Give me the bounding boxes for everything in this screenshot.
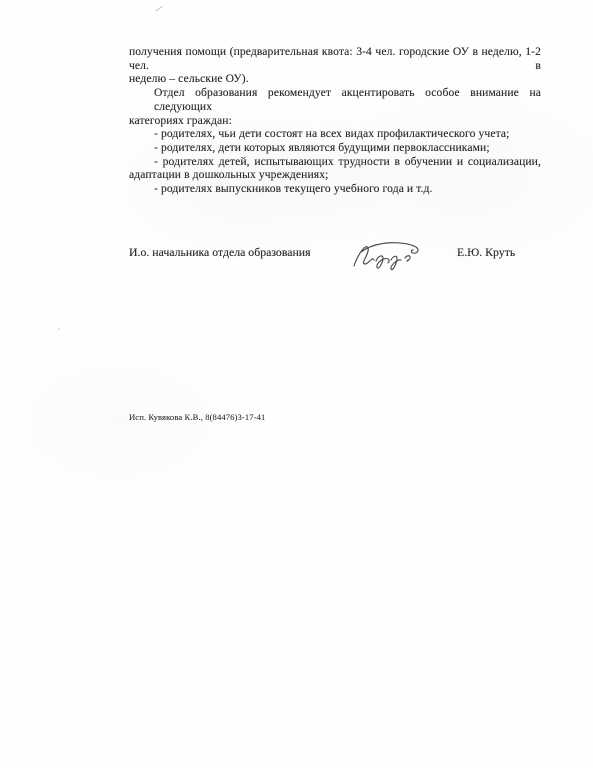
scanned-document-page: получения помощи (предварительная квота:… xyxy=(0,0,593,768)
scan-artifact-dot xyxy=(58,328,60,330)
body-line: категориях граждан: xyxy=(129,114,541,128)
scan-artifact-mark xyxy=(155,6,163,12)
body-line: Отдел образования рекомендует акцентиров… xyxy=(129,86,541,113)
body-line: неделю – сельские ОУ). xyxy=(129,72,541,86)
document-body-text: получения помощи (предварительная квота:… xyxy=(129,45,541,196)
scan-artifact-dot xyxy=(470,452,471,453)
body-line-bullet: - родителях, дети которых являются будущ… xyxy=(129,141,541,155)
executor-note: Исп. Кувякова К.В., 8(84476)3-17-41 xyxy=(129,412,265,422)
signature-block: И.о. начальника отдела образования Е.Ю. … xyxy=(129,245,541,275)
body-line-bullet: - родителях, чьи дети состоят на всех ви… xyxy=(129,127,541,141)
body-line-bullet: - родителях выпускников текущего учебног… xyxy=(129,182,541,196)
body-line-bullet: - родителях детей, испытывающих трудност… xyxy=(129,155,541,169)
body-line: адаптации в дошкольных учреждениях; xyxy=(129,168,541,182)
body-line: получения помощи (предварительная квота:… xyxy=(129,45,541,72)
signatory-title: И.о. начальника отдела образования xyxy=(129,245,311,260)
signatory-name: Е.Ю. Круть xyxy=(457,245,515,260)
handwritten-signature-icon xyxy=(347,235,429,275)
